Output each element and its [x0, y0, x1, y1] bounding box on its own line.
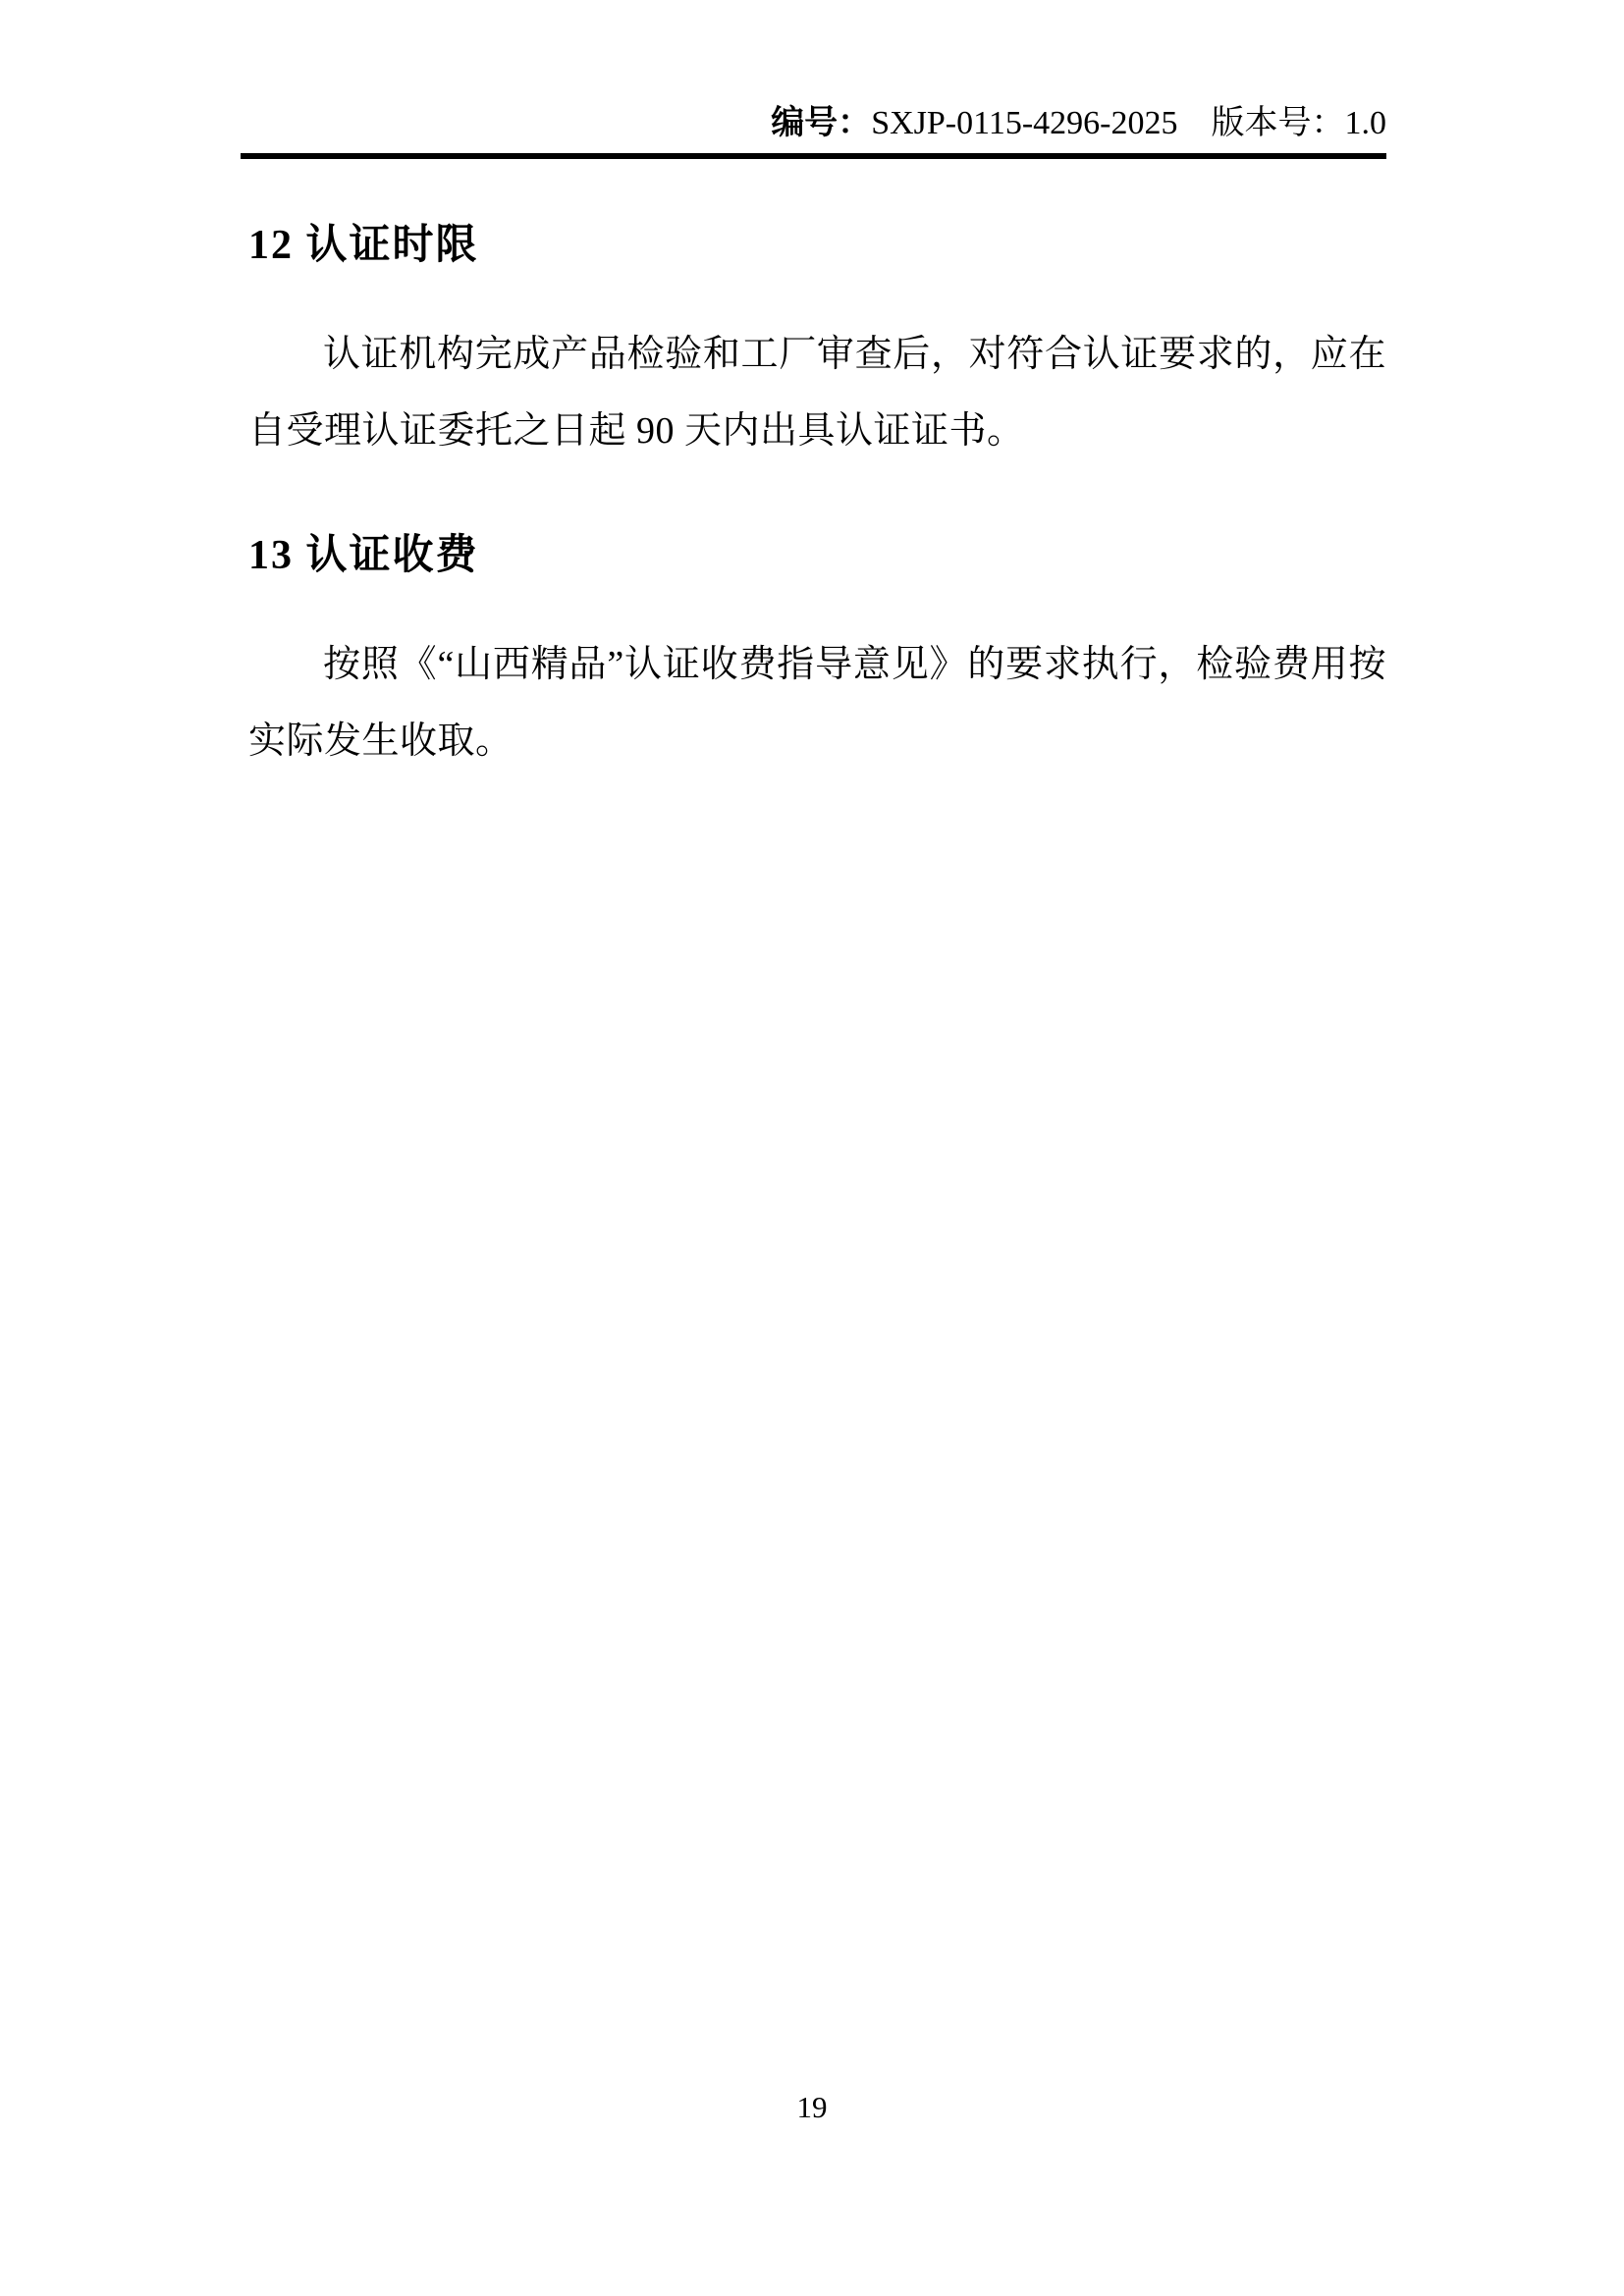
section-12-paragraph: 认证机构完成产品检验和工厂审查后，对符合认证要求的，应在自受理认证委托之日起 9… — [248, 316, 1386, 469]
section-heading-12: 12 认证时限 — [248, 222, 1386, 269]
doc-number-value: SXJP-0115-4296-2025 — [871, 105, 1177, 141]
doc-number-label: 编号： — [771, 105, 871, 141]
section-heading-13: 13 认证收费 — [248, 532, 1386, 579]
page-number: 19 — [797, 2090, 828, 2124]
doc-version-value: 1.0 — [1345, 105, 1387, 141]
document-header: 编号：SXJP-0115-4296-2025版本号：1.0 — [241, 0, 1386, 159]
page-footer: 19 — [0, 2089, 1624, 2126]
document-body: 12 认证时限 认证机构完成产品检验和工厂审查后，对符合认证要求的，应在自受理认… — [248, 222, 1386, 779]
document-page: 编号：SXJP-0115-4296-2025版本号：1.0 12 认证时限 认证… — [0, 0, 1624, 2296]
section-13-paragraph: 按照《“山西精品”认证收费指导意见》的要求执行，检验费用按实际发生收取。 — [248, 626, 1386, 779]
doc-version-label: 版本号： — [1212, 105, 1345, 141]
